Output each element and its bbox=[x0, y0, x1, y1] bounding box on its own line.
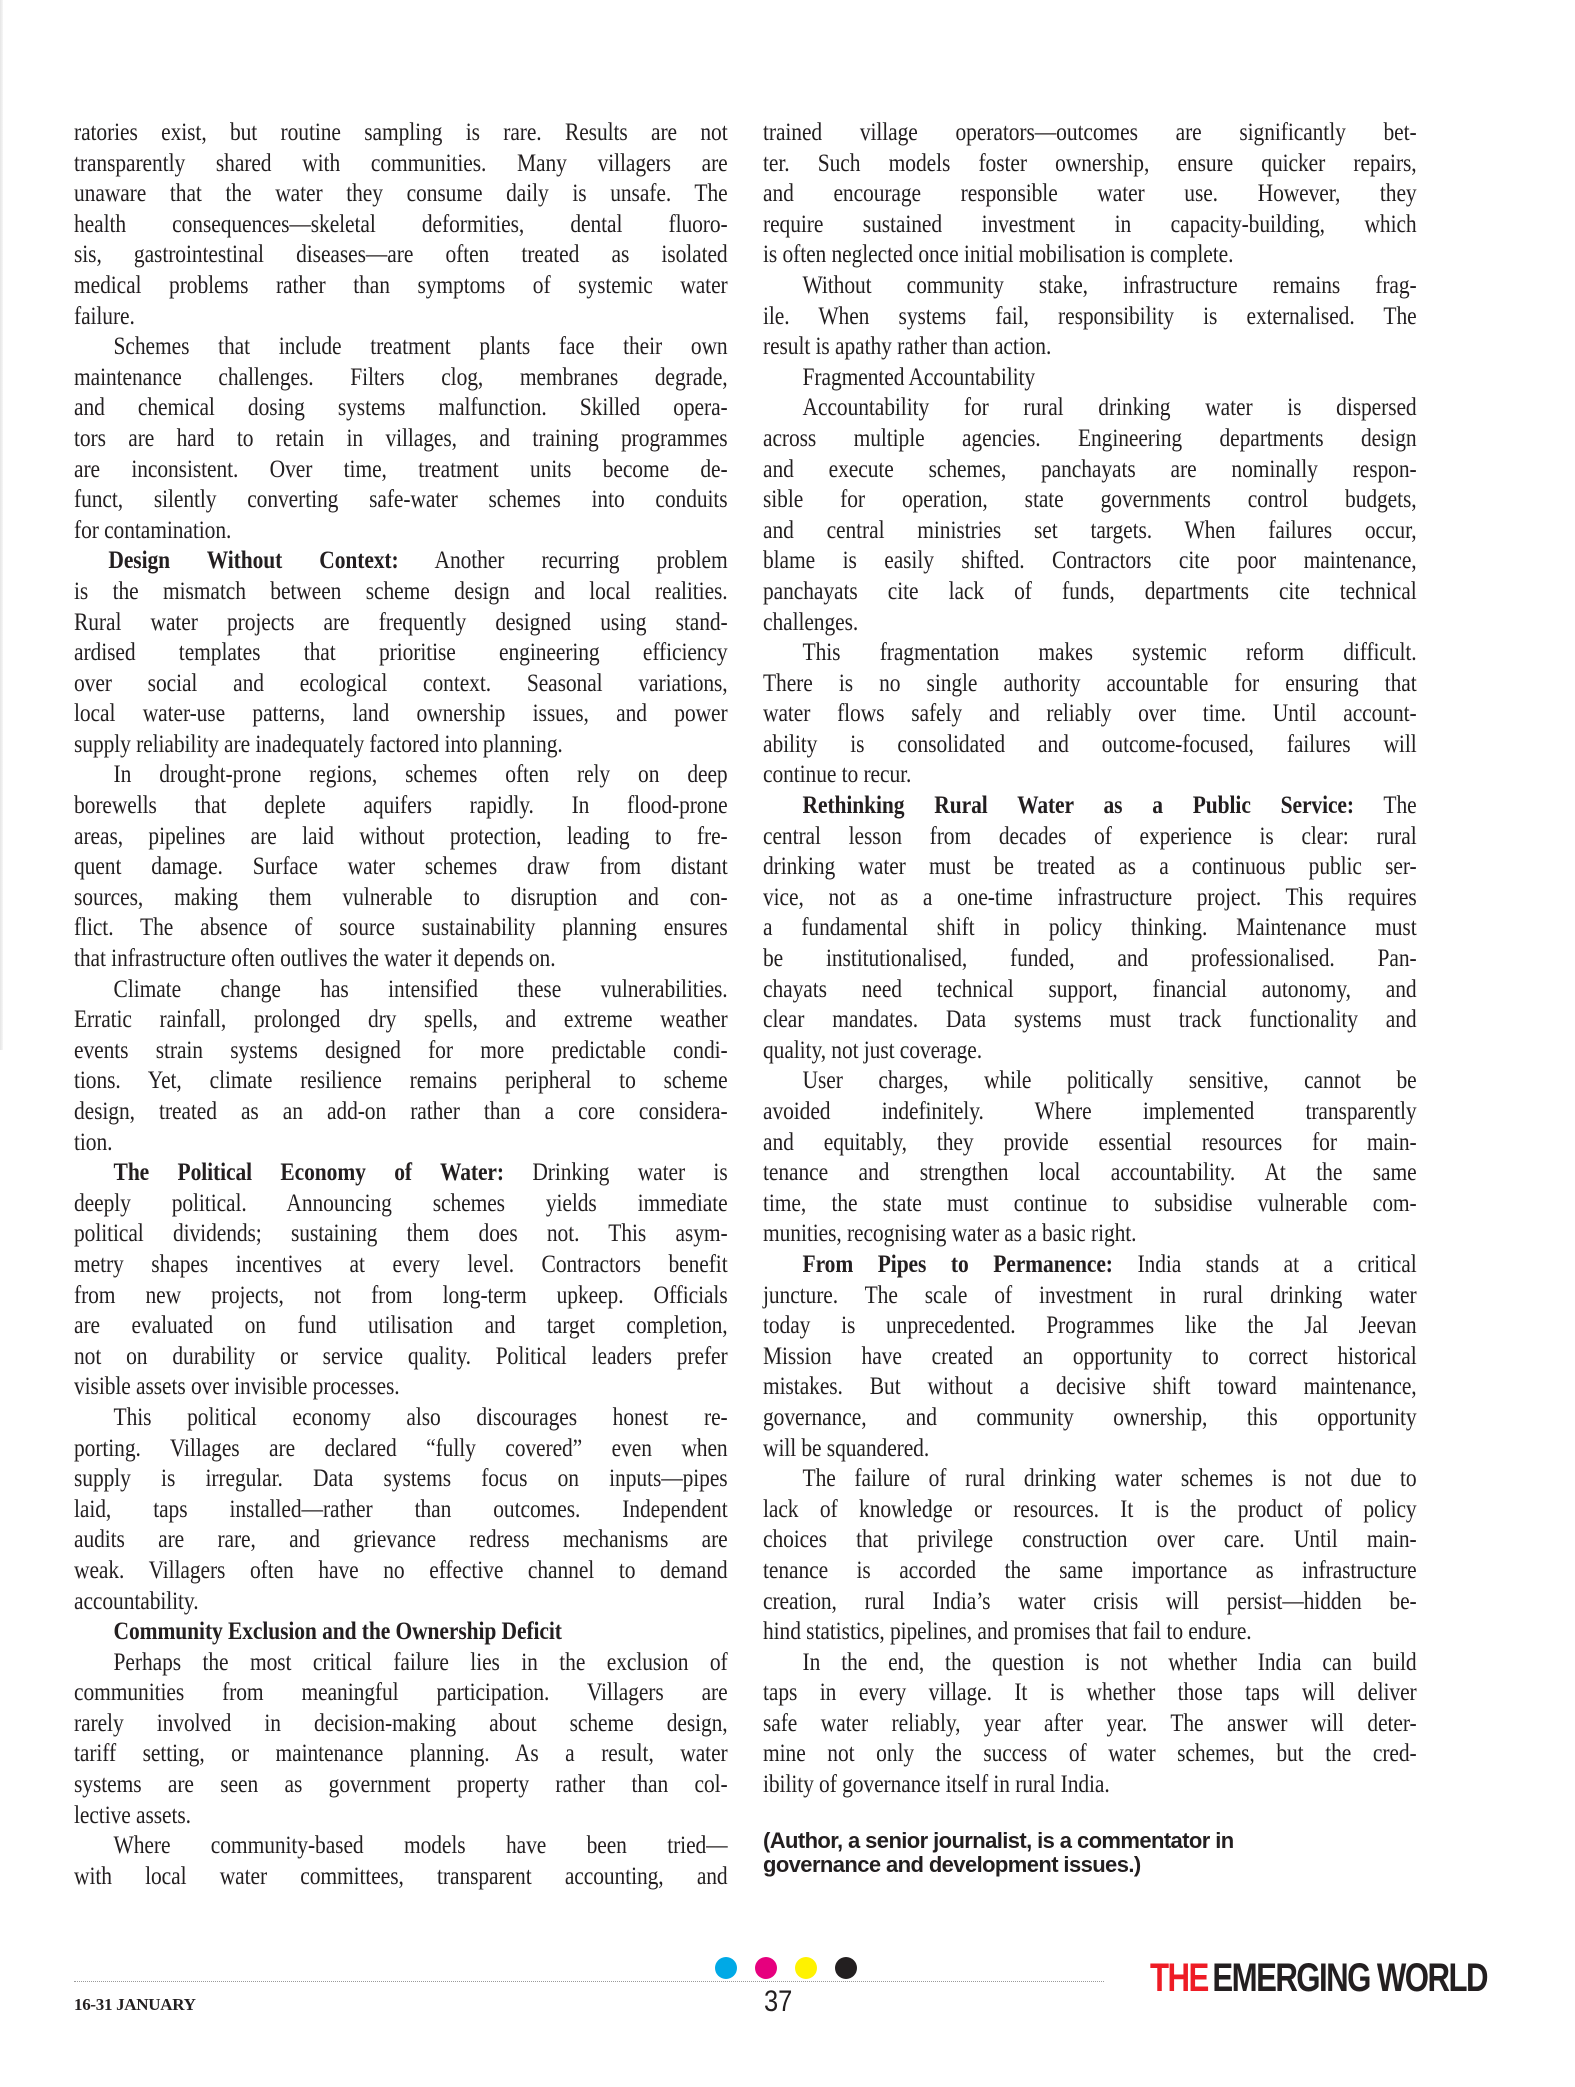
text-run: Drinking water is bbox=[504, 1159, 728, 1186]
text-line: supply is irregular. Data systems focus … bbox=[74, 1464, 728, 1495]
section-heading: Community Exclusion and the Ownership De… bbox=[114, 1618, 562, 1645]
text-line: is the mismatch between scheme design an… bbox=[74, 577, 728, 608]
text-line: supply reliability are inadequately fact… bbox=[74, 730, 728, 761]
text-line: communities from meaningful participatio… bbox=[74, 1678, 728, 1709]
text-run: Another recurring problem bbox=[399, 547, 728, 574]
text-line: creation, rural India’s water crisis wil… bbox=[763, 1587, 1417, 1618]
text-line: visible assets over invisible processes. bbox=[74, 1372, 728, 1403]
logo-emerging-world: EMERGING WORLD bbox=[1212, 1956, 1487, 2000]
text-line: weak. Villagers often have no effective … bbox=[74, 1556, 728, 1587]
text-line: borewells that deplete aquifers rapidly.… bbox=[74, 791, 728, 822]
text-line: lective assets. bbox=[74, 1801, 728, 1832]
text-line: Perhaps the most critical failure lies i… bbox=[74, 1648, 728, 1679]
text-line: ratories exist, but routine sampling is … bbox=[74, 118, 728, 149]
text-line: Without community stake, infrastructure … bbox=[763, 271, 1417, 302]
section-heading: The Political Economy of Water: bbox=[114, 1159, 504, 1186]
text-line: and execute schemes, panchayats are nomi… bbox=[763, 455, 1417, 486]
text-line: and equitably, they provide essential re… bbox=[763, 1128, 1417, 1159]
text-line: sis, gastrointestinal diseases—are often… bbox=[74, 240, 728, 271]
text-line: From Pipes to Permanence: India stands a… bbox=[763, 1250, 1417, 1281]
text-line: time, the state must continue to subsidi… bbox=[763, 1189, 1417, 1220]
text-line: juncture. The scale of investment in rur… bbox=[763, 1281, 1417, 1312]
section-heading: From Pipes to Permanence: bbox=[803, 1251, 1113, 1278]
text-line: taps in every village. It is whether tho… bbox=[763, 1678, 1417, 1709]
text-line: are inconsistent. Over time, treatment u… bbox=[74, 455, 728, 486]
text-line: Rural water projects are frequently desi… bbox=[74, 608, 728, 639]
text-line: porting. Villages are declared “fully co… bbox=[74, 1434, 728, 1465]
text-line: Erratic rainfall, prolonged dry spells, … bbox=[74, 1005, 728, 1036]
text-line: and chemical dosing systems malfunction.… bbox=[74, 393, 728, 424]
text-line: funct, silently converting safe-water sc… bbox=[74, 485, 728, 516]
author-byline: (Author, a senior journalist, is a comme… bbox=[763, 1829, 1323, 1877]
page-number: 37 bbox=[764, 1985, 792, 2019]
text-line: Rethinking Rural Water as a Public Servi… bbox=[763, 791, 1417, 822]
text-line: Design Without Context: Another recurrin… bbox=[74, 546, 728, 577]
text-line: and encourage responsible water use. How… bbox=[763, 179, 1417, 210]
text-line: are evaluated on fund utilisation and ta… bbox=[74, 1311, 728, 1342]
text-line: sources, making them vulnerable to disru… bbox=[74, 883, 728, 914]
text-line: blame is easily shifted. Contractors cit… bbox=[763, 546, 1417, 577]
registration-marks bbox=[715, 1957, 857, 1979]
section-heading: Rethinking Rural Water as a Public Servi… bbox=[803, 792, 1354, 819]
text-line: maintenance challenges. Filters clog, me… bbox=[74, 363, 728, 394]
text-line: will be squandered. bbox=[763, 1434, 1417, 1465]
text-line: deeply political. Announcing schemes yie… bbox=[74, 1189, 728, 1220]
text-line: tariff setting, or maintenance planning.… bbox=[74, 1739, 728, 1770]
page-edge-shadow bbox=[0, 0, 3, 1050]
text-line: tion. bbox=[74, 1128, 728, 1159]
text-line: result is apathy rather than action. bbox=[763, 332, 1417, 363]
text-line: and central ministries set targets. When… bbox=[763, 516, 1417, 547]
text-line: challenges. bbox=[763, 608, 1417, 639]
text-line: ardised templates that prioritise engine… bbox=[74, 638, 728, 669]
text-line: lack of knowledge or resources. It is th… bbox=[763, 1495, 1417, 1526]
text-line: tenance is accorded the same importance … bbox=[763, 1556, 1417, 1587]
text-line: The Political Economy of Water: Drinking… bbox=[74, 1158, 728, 1189]
text-line: trained village operators—outcomes are s… bbox=[763, 118, 1417, 149]
text-line: hind statistics, pipelines, and promises… bbox=[763, 1617, 1417, 1648]
byline-line-1: (Author, a senior journalist, is a comme… bbox=[763, 1829, 1323, 1853]
text-line: continue to recur. bbox=[763, 760, 1417, 791]
text-line: that infrastructure often outlives the w… bbox=[74, 944, 728, 975]
text-line: tenance and strengthen local accountabil… bbox=[763, 1158, 1417, 1189]
text-line: clear mandates. Data systems must track … bbox=[763, 1005, 1417, 1036]
text-line: ter. Such models foster ownership, ensur… bbox=[763, 149, 1417, 180]
text-line: not on durability or service quality. Po… bbox=[74, 1342, 728, 1373]
text-line: transparently shared with communities. M… bbox=[74, 149, 728, 180]
text-run: India stands at a critical bbox=[1113, 1251, 1417, 1278]
text-line: systems are seen as government property … bbox=[74, 1770, 728, 1801]
publication-logo: THEEMERGING WORLD bbox=[1150, 1960, 1487, 1996]
text-line: local water-use patterns, land ownership… bbox=[74, 699, 728, 730]
text-line: In drought-prone regions, schemes often … bbox=[74, 760, 728, 791]
registration-dot bbox=[715, 1957, 737, 1979]
logo-the: THE bbox=[1150, 1956, 1208, 2000]
text-line: over social and ecological context. Seas… bbox=[74, 669, 728, 700]
text-line: across multiple agencies. Engineering de… bbox=[763, 424, 1417, 455]
text-line: Climate change has intensified these vul… bbox=[74, 975, 728, 1006]
text-line: is often neglected once initial mobilisa… bbox=[763, 240, 1417, 271]
text-line: areas, pipelines are laid without protec… bbox=[74, 822, 728, 853]
text-line: events strain systems designed for more … bbox=[74, 1036, 728, 1067]
text-line: ibility of governance itself in rural In… bbox=[763, 1770, 1417, 1801]
article-column-left: ratories exist, but routine sampling is … bbox=[74, 118, 727, 1892]
text-line: flict. The absence of source sustainabil… bbox=[74, 913, 728, 944]
text-line: Schemes that include treatment plants fa… bbox=[74, 332, 728, 363]
text-line: central lesson from decades of experienc… bbox=[763, 822, 1417, 853]
text-line: a fundamental shift in policy thinking. … bbox=[763, 913, 1417, 944]
section-heading: Design Without Context: bbox=[108, 547, 398, 574]
text-line: Where community-based models have been t… bbox=[74, 1831, 728, 1862]
issue-date: 16-31 JANUARY bbox=[74, 1995, 196, 2015]
text-line: audits are rare, and grievance redress m… bbox=[74, 1525, 728, 1556]
text-line: avoided indefinitely. Where implemented … bbox=[763, 1097, 1417, 1128]
text-line: chayats need technical support, financia… bbox=[763, 975, 1417, 1006]
text-line: metry shapes incentives at every level. … bbox=[74, 1250, 728, 1281]
article-column-right: trained village operators—outcomes are s… bbox=[763, 118, 1416, 1801]
text-line: medical problems rather than symptoms of… bbox=[74, 271, 728, 302]
text-line: water flows safely and reliably over tim… bbox=[763, 699, 1417, 730]
text-line: Fragmented Accountability bbox=[763, 363, 1417, 394]
text-line: mine not only the success of water schem… bbox=[763, 1739, 1417, 1770]
text-line: political dividends; sustaining them doe… bbox=[74, 1219, 728, 1250]
text-line: unaware that the water they consume dail… bbox=[74, 179, 728, 210]
registration-dot bbox=[755, 1957, 777, 1979]
text-line: There is no single authority accountable… bbox=[763, 669, 1417, 700]
text-line: for contamination. bbox=[74, 516, 728, 547]
text-line: This political economy also discourages … bbox=[74, 1403, 728, 1434]
registration-dot bbox=[835, 1957, 857, 1979]
text-line: panchayats cite lack of funds, departmen… bbox=[763, 577, 1417, 608]
text-line: munities, recognising water as a basic r… bbox=[763, 1219, 1417, 1250]
text-line: This fragmentation makes systemic reform… bbox=[763, 638, 1417, 669]
text-line: design, treated as an add-on rather than… bbox=[74, 1097, 728, 1128]
text-line: be institutionalised, funded, and profes… bbox=[763, 944, 1417, 975]
text-line: tions. Yet, climate resilience remains p… bbox=[74, 1066, 728, 1097]
text-line: sible for operation, state governments c… bbox=[763, 485, 1417, 516]
text-line: Accountability for rural drinking water … bbox=[763, 393, 1417, 424]
text-line: In the end, the question is not whether … bbox=[763, 1648, 1417, 1679]
text-line: choices that privilege construction over… bbox=[763, 1525, 1417, 1556]
text-line: User charges, while politically sensitiv… bbox=[763, 1066, 1417, 1097]
text-line: rarely involved in decision-making about… bbox=[74, 1709, 728, 1740]
text-line: from new projects, not from long-term up… bbox=[74, 1281, 728, 1312]
text-line: with local water committees, transparent… bbox=[74, 1862, 728, 1893]
text-line: ability is consolidated and outcome-focu… bbox=[763, 730, 1417, 761]
text-line: vice, not as a one-time infrastructure p… bbox=[763, 883, 1417, 914]
text-run: The bbox=[1354, 792, 1417, 819]
text-line: ile. When systems fail, responsibility i… bbox=[763, 302, 1417, 333]
text-line: Mission have created an opportunity to c… bbox=[763, 1342, 1417, 1373]
text-line: today is unprecedented. Programmes like … bbox=[763, 1311, 1417, 1342]
registration-dot bbox=[795, 1957, 817, 1979]
text-line: quality, not just coverage. bbox=[763, 1036, 1417, 1067]
text-line: governance, and community ownership, thi… bbox=[763, 1403, 1417, 1434]
text-line: quent damage. Surface water schemes draw… bbox=[74, 852, 728, 883]
text-line: mistakes. But without a decisive shift t… bbox=[763, 1372, 1417, 1403]
text-line: require sustained investment in capacity… bbox=[763, 210, 1417, 241]
text-line: safe water reliably, year after year. Th… bbox=[763, 1709, 1417, 1740]
text-line: tors are hard to retain in villages, and… bbox=[74, 424, 728, 455]
text-line: failure. bbox=[74, 302, 728, 333]
footer-dotted-rule bbox=[74, 1981, 1104, 1982]
text-line: accountability. bbox=[74, 1587, 728, 1618]
text-line: laid, taps installed—rather than outcome… bbox=[74, 1495, 728, 1526]
text-line: health consequences—skeletal deformities… bbox=[74, 210, 728, 241]
text-line: drinking water must be treated as a cont… bbox=[763, 852, 1417, 883]
text-line: The failure of rural drinking water sche… bbox=[763, 1464, 1417, 1495]
text-line: Community Exclusion and the Ownership De… bbox=[74, 1617, 728, 1648]
byline-line-2: governance and development issues.) bbox=[763, 1853, 1323, 1877]
